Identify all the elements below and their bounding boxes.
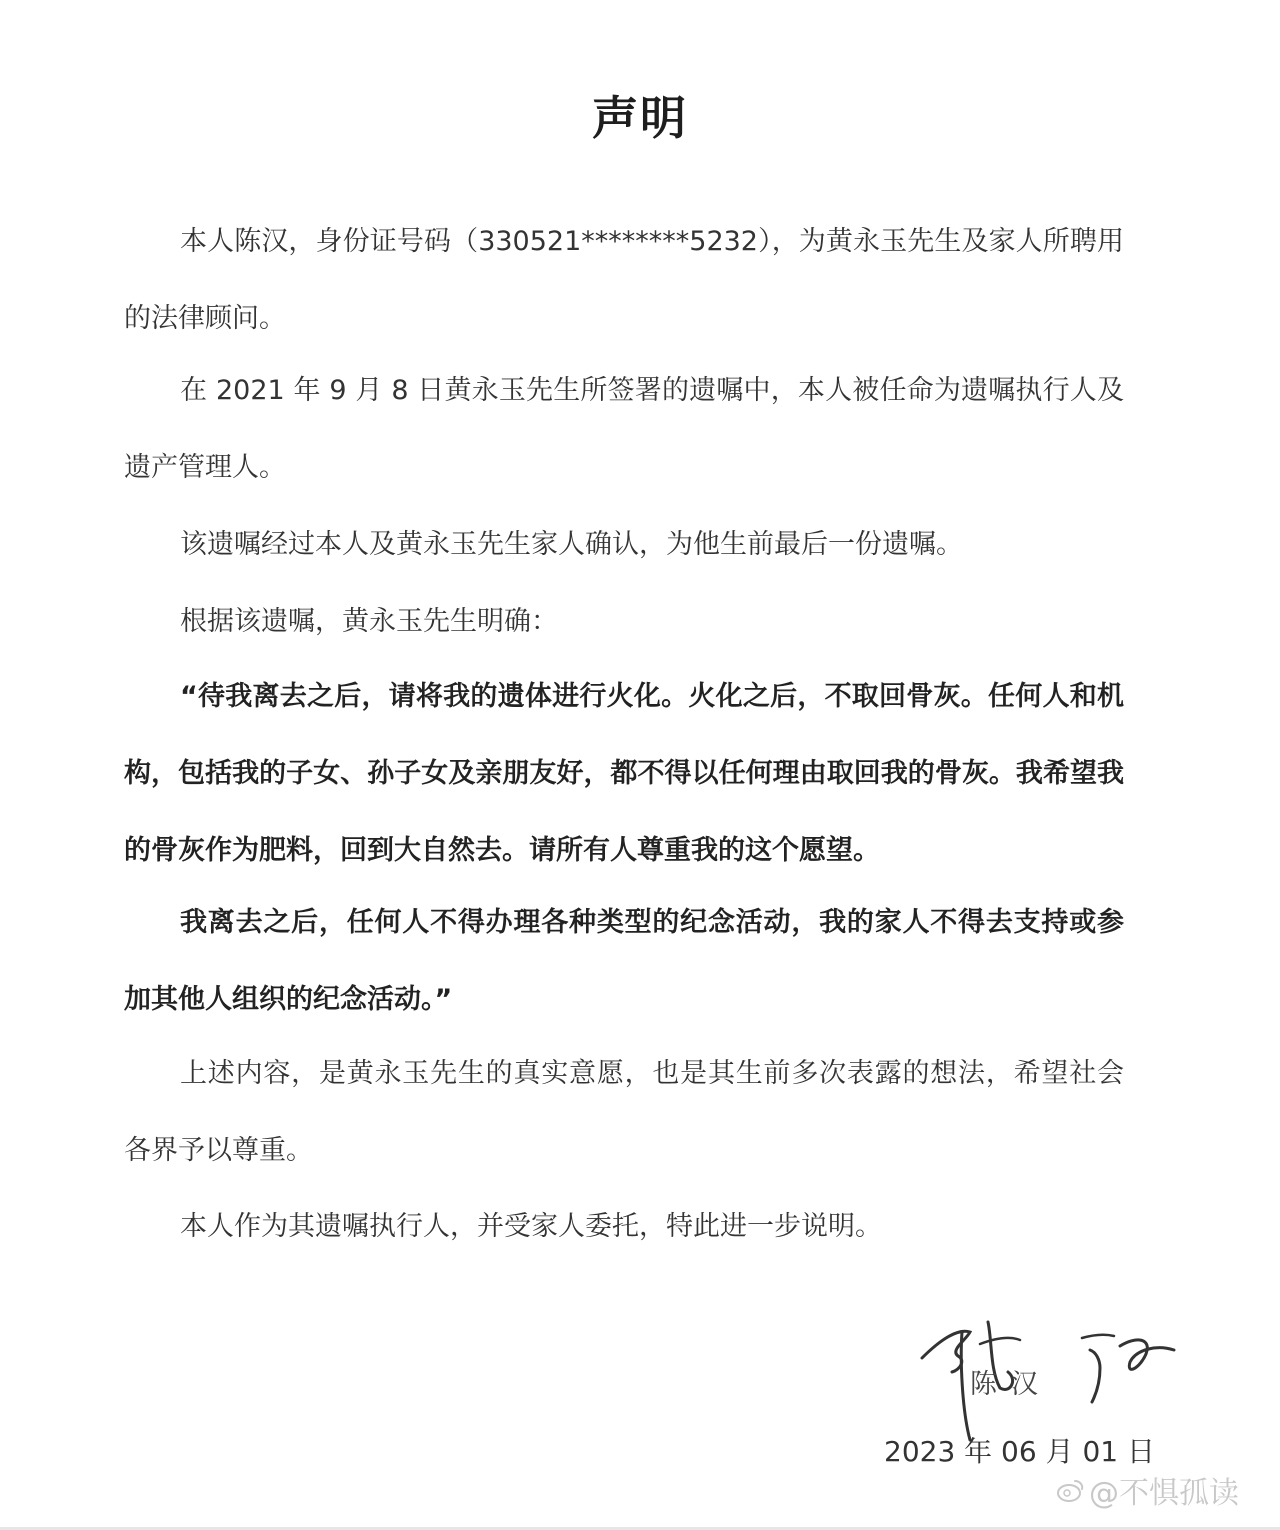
paragraph-quote-memorial: 我离去之后，任何人不得办理各种类型的纪念活动，我的家人不得去支持或参加其他人组织…: [124, 884, 1124, 1038]
paragraph-identity: 本人陈汉，身份证号码（330521********5232），为黄永玉先生及家人…: [124, 203, 1124, 357]
paragraph-quote-cremation: “待我离去之后，请将我的遗体进行火化。火化之后，不取回骨灰。任何人和机构，包括我…: [124, 658, 1124, 889]
paragraph-confirmation: 该遗嘱经过本人及黄永玉先生家人确认，为他生前最后一份遗嘱。: [124, 506, 1124, 583]
signatory-name: 陈汉: [970, 1362, 1052, 1401]
watermark: @不惧孤读: [1055, 1468, 1239, 1512]
signature-date: 2023 年 06 月 01 日: [884, 1430, 1155, 1470]
paragraph-closing: 本人作为其遗嘱执行人，并受家人委托，特此进一步说明。: [124, 1188, 1124, 1265]
document-page: 声明 本人陈汉，身份证号码（330521********5232），为黄永玉先生…: [0, 0, 1280, 1530]
paragraph-true-intent: 上述内容，是黄永玉先生的真实意愿，也是其生前多次表露的想法，希望社会各界予以尊重…: [124, 1035, 1124, 1189]
paragraph-intro-quote: 根据该遗嘱，黄永玉先生明确：: [124, 583, 1124, 660]
paragraph-appointment: 在 2021 年 9 月 8 日黄永玉先生所签署的遗嘱中，本人被任命为遗嘱执行人…: [124, 352, 1124, 506]
weibo-logo-icon: [1055, 1475, 1085, 1505]
document-title: 声明: [0, 82, 1280, 148]
watermark-text: @不惧孤读: [1089, 1468, 1239, 1512]
